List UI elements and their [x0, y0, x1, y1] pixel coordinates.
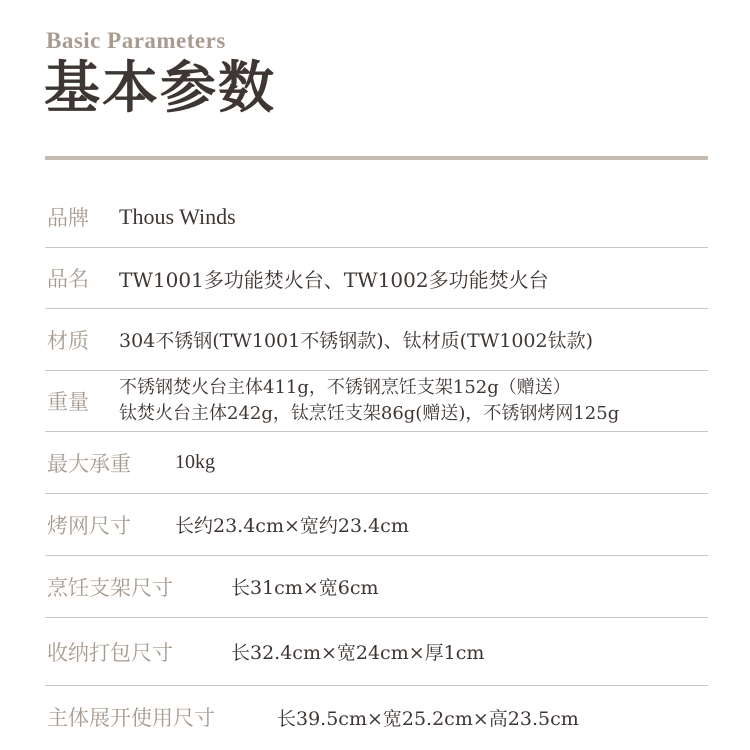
param-label: 最大承重: [45, 448, 175, 478]
param-row-brand: 品牌 Thous Winds: [45, 187, 708, 248]
param-value: 长32.4cm×宽24cm×厚1cm: [231, 638, 484, 665]
param-row-packed-size: 收纳打包尺寸 长32.4cm×宽24cm×厚1cm: [45, 618, 708, 686]
param-value: TW1001多功能焚火台、TW1002多功能焚火台: [119, 264, 549, 293]
weight-line-2: 钛焚火台主体242g，钛烹饪支架86g(赠送)，不锈钢烤网125g: [119, 401, 619, 427]
param-value: Thous Winds: [119, 204, 236, 230]
param-value: 304不锈钢(TW1001不锈钢款)、钛材质(TW1002钛款): [119, 326, 593, 353]
param-row-max-load: 最大承重 10kg: [45, 432, 708, 494]
param-label: 烹饪支架尺寸: [45, 572, 231, 602]
section-subtitle: Basic Parameters: [46, 28, 226, 54]
param-value: 10kg: [175, 451, 215, 474]
parameter-table: 品牌 Thous Winds 品名 TW1001多功能焚火台、TW1002多功能…: [45, 187, 708, 748]
param-row-weight: 重量 不锈钢焚火台主体411g，不锈钢烹饪支架152g（赠送） 钛焚火台主体24…: [45, 371, 708, 432]
param-label: 重量: [45, 386, 119, 416]
param-label: 收纳打包尺寸: [45, 637, 231, 667]
param-label: 烤网尺寸: [45, 510, 175, 540]
param-row-cooking-stand-size: 烹饪支架尺寸 长31cm×宽6cm: [45, 556, 708, 618]
param-value: 长31cm×宽6cm: [231, 573, 379, 600]
page-title: 基本参数: [44, 60, 276, 116]
param-row-material: 材质 304不锈钢(TW1001不锈钢款)、钛材质(TW1002钛款): [45, 309, 708, 371]
param-row-unfolded-size: 主体展开使用尺寸 长39.5cm×宽25.2cm×高23.5cm: [45, 686, 708, 748]
param-value: 不锈钢焚火台主体411g，不锈钢烹饪支架152g（赠送） 钛焚火台主体242g，…: [119, 375, 619, 427]
param-label: 品名: [45, 263, 119, 293]
param-label: 品牌: [45, 202, 119, 232]
header-divider: [45, 156, 708, 160]
param-value: 长39.5cm×宽25.2cm×高23.5cm: [277, 704, 579, 731]
param-row-product-name: 品名 TW1001多功能焚火台、TW1002多功能焚火台: [45, 248, 708, 309]
param-row-grill-size: 烤网尺寸 长约23.4cm×宽约23.4cm: [45, 494, 708, 556]
weight-line-1: 不锈钢焚火台主体411g，不锈钢烹饪支架152g（赠送）: [119, 375, 619, 401]
param-value: 长约23.4cm×宽约23.4cm: [175, 511, 409, 538]
param-label: 材质: [45, 325, 119, 355]
param-label: 主体展开使用尺寸: [45, 702, 277, 732]
